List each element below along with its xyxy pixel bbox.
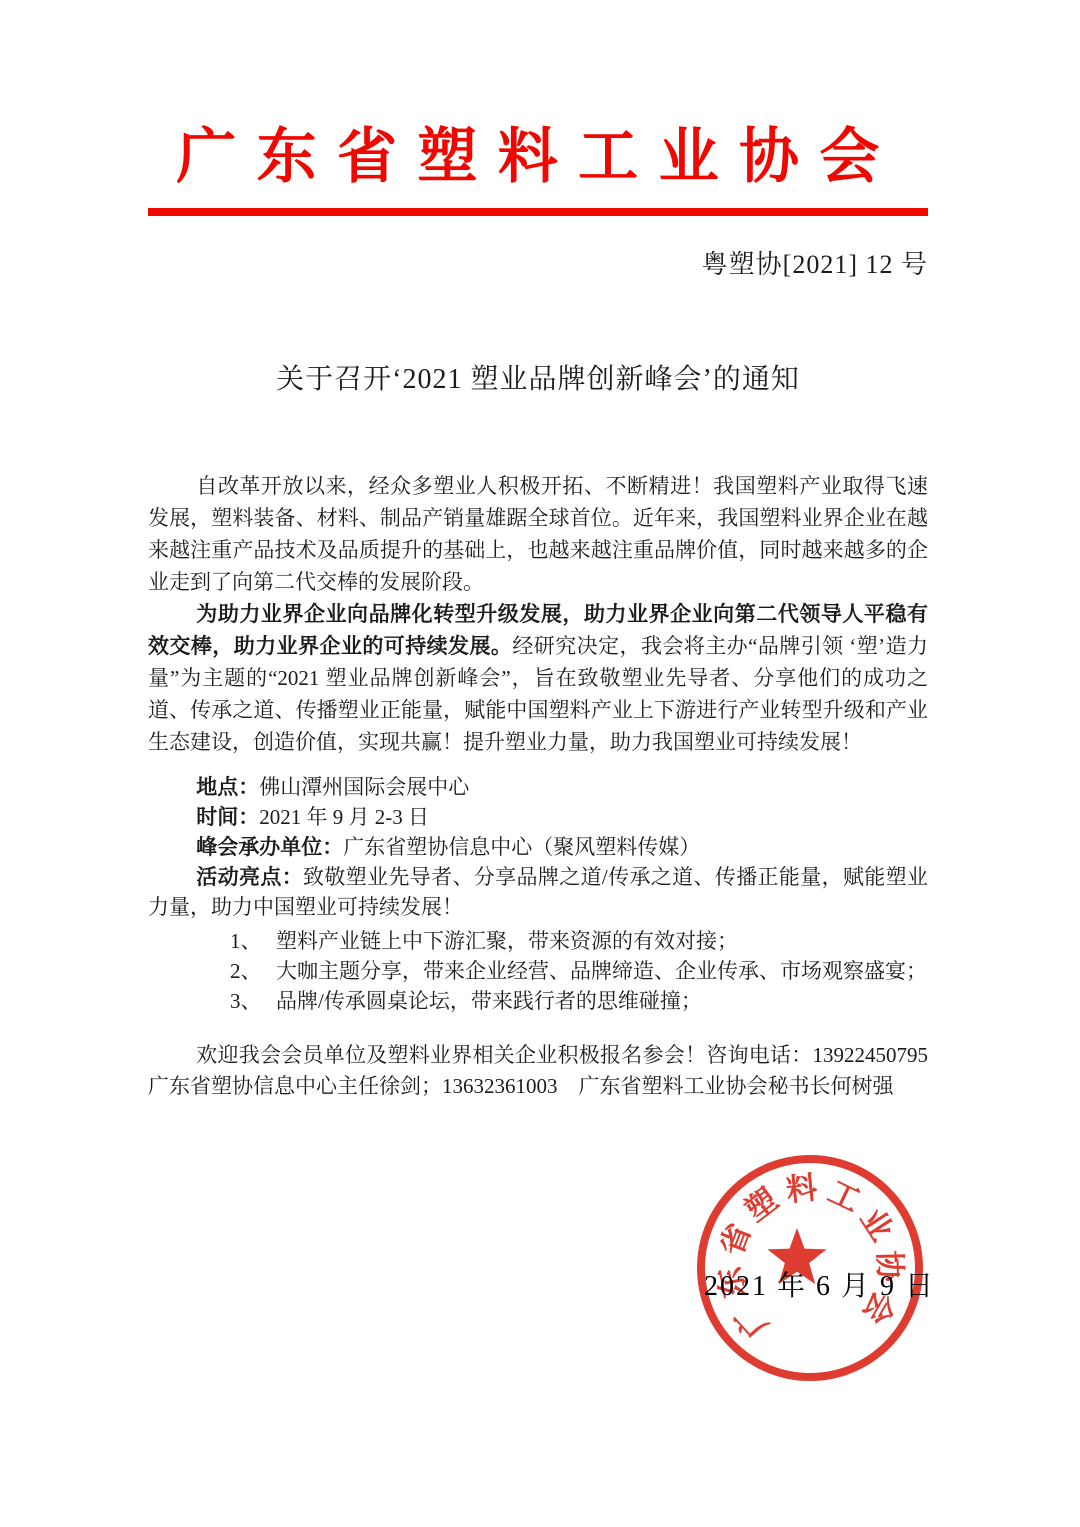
- detail-row-location: 地点：佛山潭州国际会展中心: [148, 772, 928, 802]
- detail-label: 时间：: [196, 805, 259, 829]
- detail-row-time: 时间：2021 年 9 月 2-3 日: [148, 802, 928, 832]
- highlight-item-1: 1、塑料产业链上中下游汇聚，带来资源的有效对接；: [148, 926, 928, 956]
- detail-value: 2021 年 9 月 2-3 日: [259, 805, 429, 829]
- list-text: 塑料产业链上中下游汇聚，带来资源的有效对接；: [276, 929, 738, 953]
- seal-char: 省: [714, 1219, 758, 1260]
- detail-value: 佛山潭州国际会展中心: [259, 775, 469, 799]
- seal-char: 业: [854, 1202, 900, 1247]
- seal-char: 塑: [739, 1182, 785, 1229]
- seal-char: 料: [784, 1170, 818, 1208]
- org-title: 广东省塑料工业协会: [148, 0, 928, 200]
- list-number: 1、: [230, 926, 276, 956]
- notice-title: 关于召开‘2021 塑业品牌创新峰会’的通知: [148, 360, 928, 400]
- list-text: 大咖主题分享，带来企业经营、品牌缔造、企业传承、市场观察盛宴；: [276, 959, 927, 983]
- detail-label: 地点：: [196, 775, 259, 799]
- event-details: 地点：佛山潭州国际会展中心 时间：2021 年 9 月 2-3 日 峰会承办单位…: [148, 772, 928, 922]
- seal-char: 协: [872, 1250, 908, 1283]
- doc-number: 粤塑协[2021] 12 号: [148, 248, 928, 282]
- detail-row-organizer: 峰会承办单位：广东省塑协信息中心（聚风塑料传媒）: [148, 832, 928, 862]
- seal-char: 广: [728, 1298, 775, 1344]
- highlight-item-2: 2、大咖主题分享，带来企业经营、品牌缔造、企业传承、市场观察盛宴；: [148, 956, 928, 986]
- seal-char: 工: [823, 1174, 866, 1219]
- detail-label: 峰会承办单位：: [196, 835, 343, 859]
- header-divider: [148, 208, 928, 216]
- highlight-item-3: 3、品牌/传承圆桌论坛，带来践行者的思维碰撞；: [148, 986, 928, 1016]
- seal-char: 会: [856, 1286, 902, 1330]
- official-seal-stamp: 广东省塑料工业协会: [692, 1150, 928, 1386]
- detail-row-highlights: 活动亮点：致敬塑业先导者、分享品牌之道/传承之道、传播正能量，赋能塑业力量，助力…: [148, 862, 928, 922]
- list-number: 2、: [230, 956, 276, 986]
- contact-paragraph: 欢迎我会会员单位及塑料业界相关企业积极报名参会！咨询电话：13922450795…: [148, 1040, 928, 1102]
- star-icon: [768, 1228, 827, 1284]
- detail-label: 活动亮点：: [196, 865, 303, 889]
- detail-value: 广东省塑协信息中心（聚风塑料传媒）: [343, 835, 700, 859]
- list-text: 品牌/传承圆桌论坛，带来践行者的思维碰撞；: [276, 989, 702, 1013]
- notice-document: 广东省塑料工业协会 粤塑协[2021] 12 号 关于召开‘2021 塑业品牌创…: [0, 0, 1080, 1527]
- seal-char: 东: [712, 1264, 752, 1301]
- intro-paragraph: 自改革开放以来，经众多塑业人积极开拓、不断精进！我国塑料产业取得飞速发展，塑料装…: [148, 470, 928, 598]
- purpose-paragraph: 为助力业界企业向品牌化转型升级发展，助力业界企业向第二代领导人平稳有效交棒，助力…: [148, 598, 928, 758]
- list-number: 3、: [230, 986, 276, 1016]
- highlight-list: 1、塑料产业链上中下游汇聚，带来资源的有效对接； 2、大咖主题分享，带来企业经营…: [148, 926, 928, 1016]
